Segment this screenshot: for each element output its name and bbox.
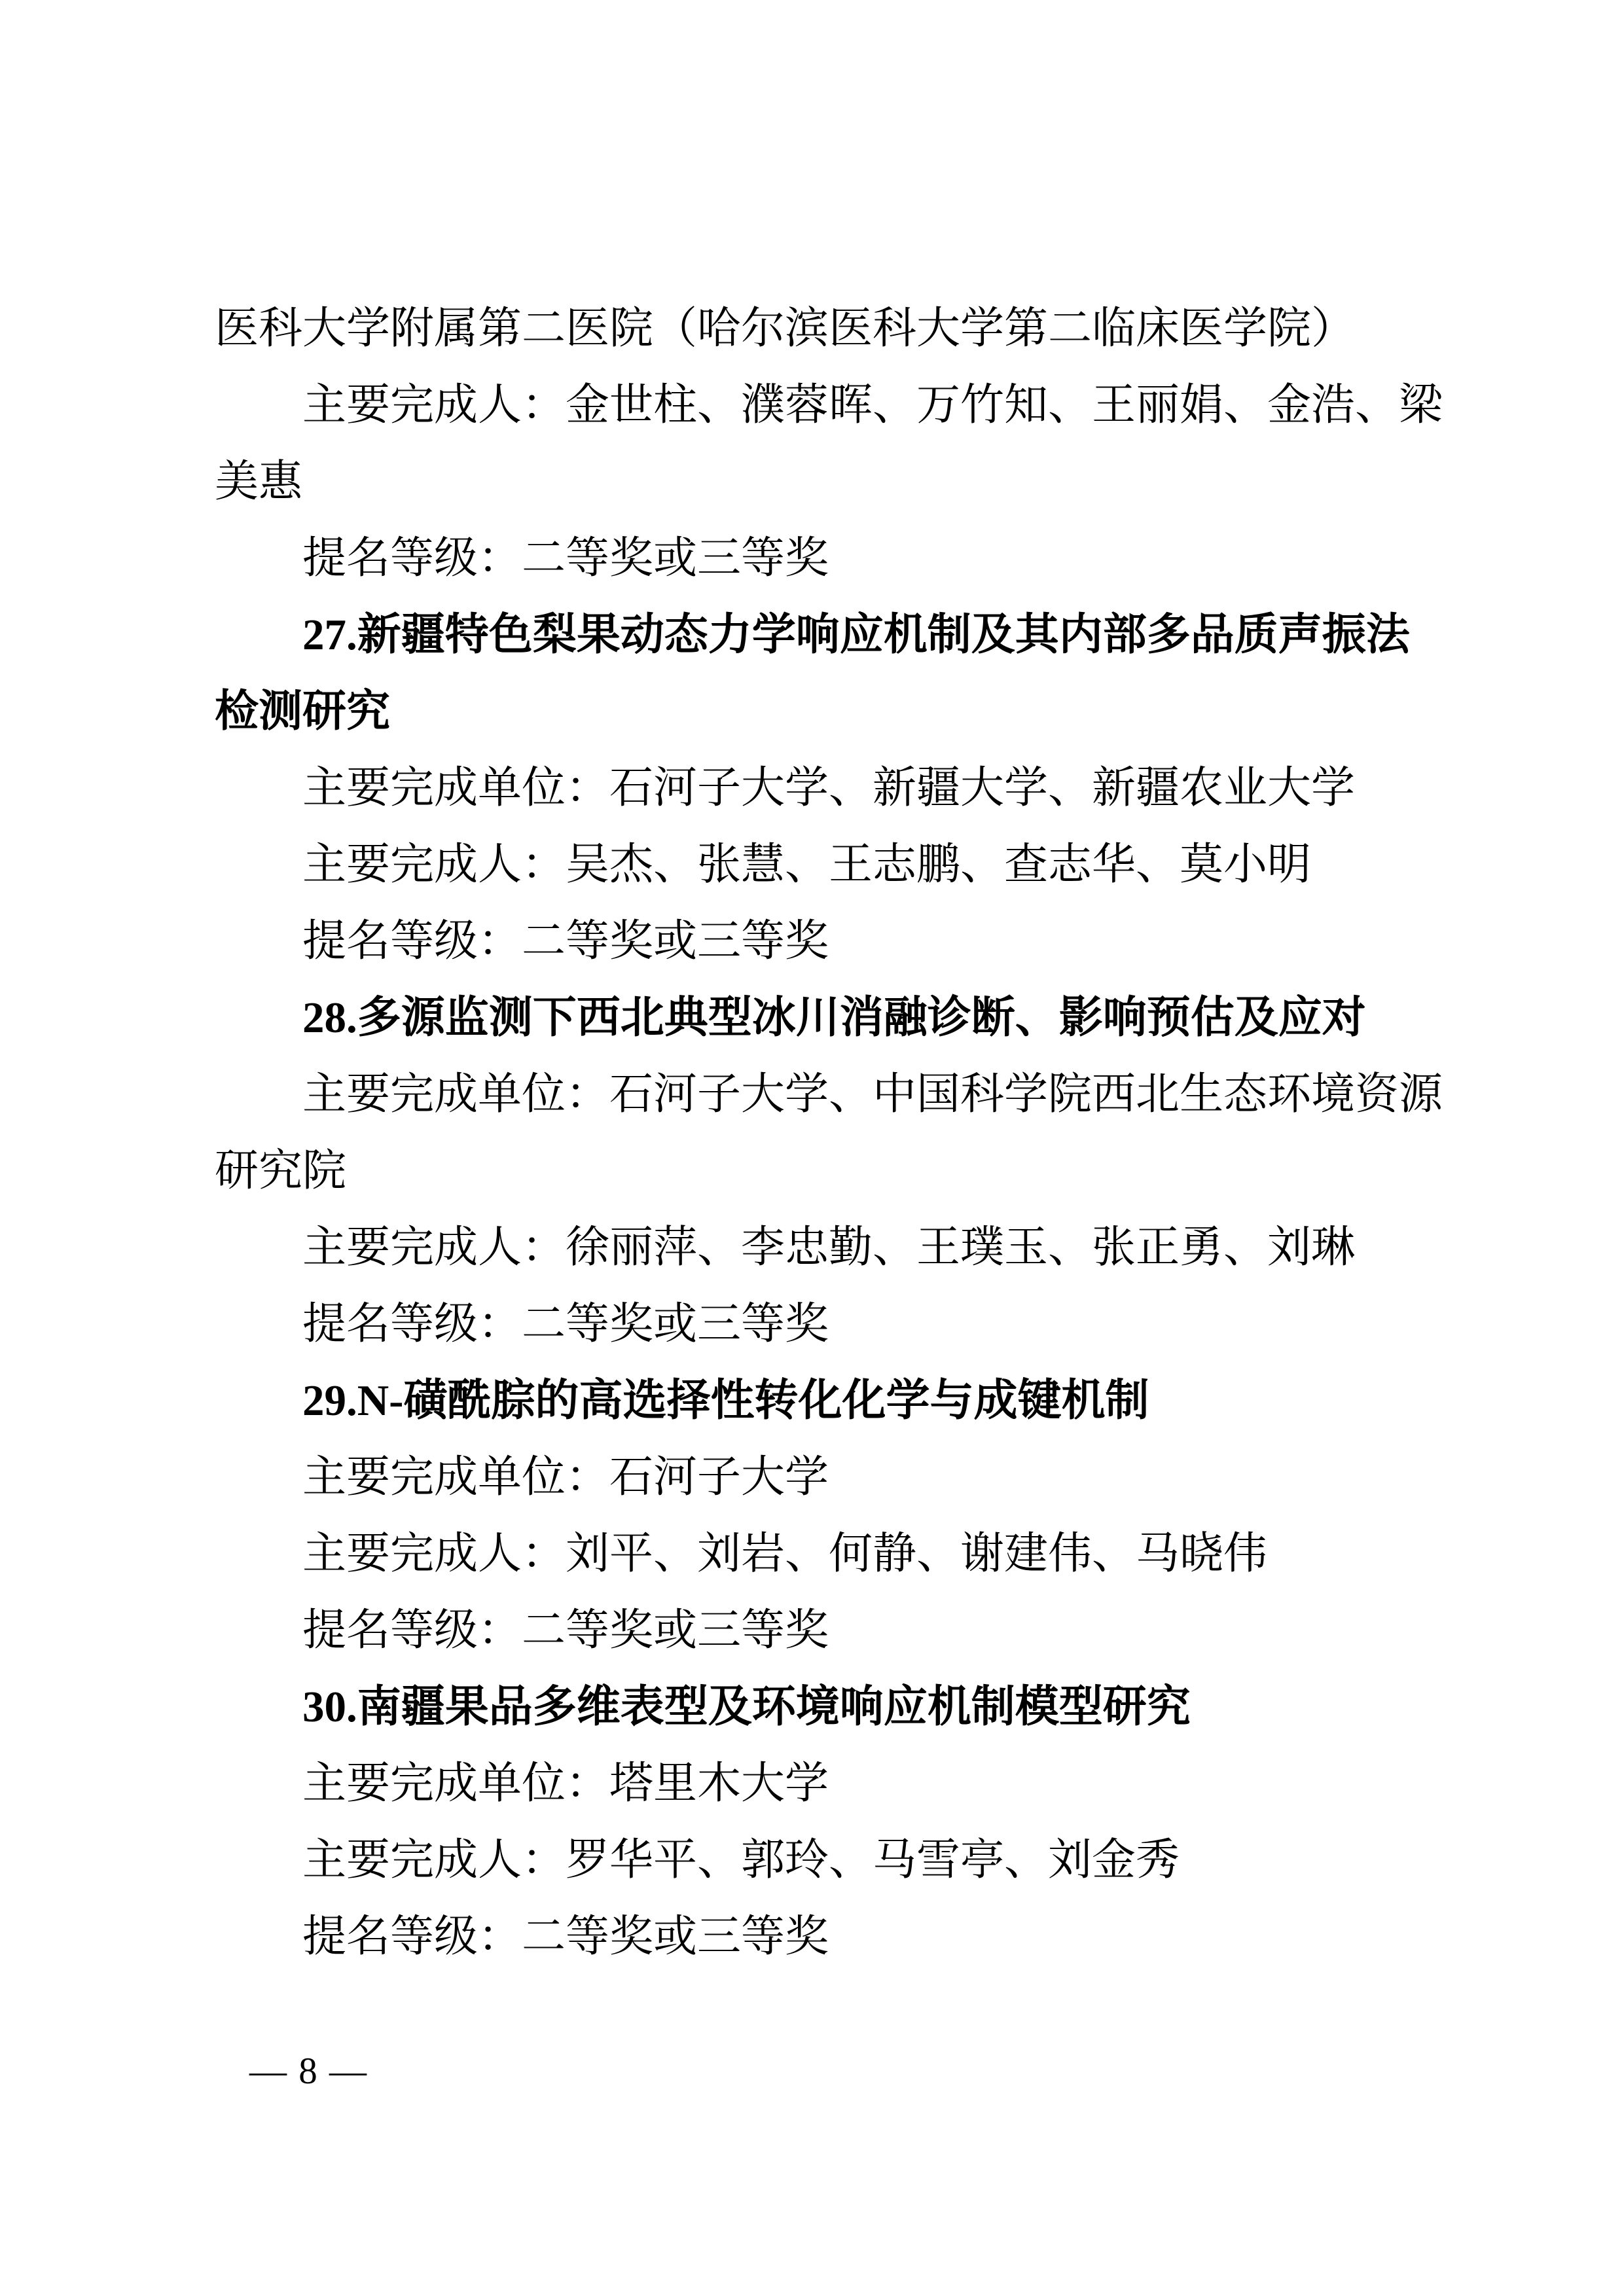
line-award-level-28: 提名等级：二等奖或三等奖 (215, 1286, 1437, 1363)
line-title-27-continuation: 检测研究 (215, 673, 1437, 750)
line-award-level-30: 提名等级：二等奖或三等奖 (215, 1899, 1437, 1975)
page-number: — 8 — (249, 2043, 368, 2100)
line-members-30: 主要完成人：罗华平、郭玲、马雪亭、刘金秀 (215, 1822, 1437, 1899)
line-title-28: 28.多源监测下西北典型冰川消融诊断、影响预估及应对 (215, 980, 1437, 1056)
line-award-level-29: 提名等级：二等奖或三等奖 (215, 1592, 1437, 1669)
line-title-27: 27.新疆特色梨果动态力学响应机制及其内部多品质声振法 (215, 597, 1437, 673)
line-members-27: 主要完成人：吴杰、张慧、王志鹏、查志华、莫小明 (215, 827, 1437, 903)
line-units-28-continuation: 研究院 (215, 1133, 1437, 1210)
line-units-29: 主要完成单位：石河子大学 (215, 1439, 1437, 1516)
line-title-30: 30.南疆果品多维表型及环境响应机制模型研究 (215, 1669, 1437, 1746)
line-members: 主要完成人：金世柱、濮蓉晖、万竹知、王丽娟、金浩、梁 (215, 367, 1437, 444)
line-members-29: 主要完成人：刘平、刘岩、何静、谢建伟、马晓伟 (215, 1516, 1437, 1592)
line-award-level: 提名等级：二等奖或三等奖 (215, 520, 1437, 597)
line-unit-continuation: 医科大学附属第二医院（哈尔滨医科大学第二临床医学院） (215, 291, 1437, 367)
line-title-29: 29.N-磺酰腙的高选择性转化化学与成键机制 (215, 1363, 1437, 1439)
document-page: 医科大学附属第二医院（哈尔滨医科大学第二临床医学院） 主要完成人：金世柱、濮蓉晖… (0, 0, 1624, 2296)
line-members-28: 主要完成人：徐丽萍、李忠勤、王璞玉、张正勇、刘琳 (215, 1210, 1437, 1286)
line-units-28: 主要完成单位：石河子大学、中国科学院西北生态环境资源 (215, 1056, 1437, 1133)
line-members-continuation: 美惠 (215, 444, 1437, 520)
line-units-30: 主要完成单位：塔里木大学 (215, 1746, 1437, 1822)
line-award-level-27: 提名等级：二等奖或三等奖 (215, 903, 1437, 980)
document-body: 医科大学附属第二医院（哈尔滨医科大学第二临床医学院） 主要完成人：金世柱、濮蓉晖… (215, 291, 1437, 1975)
line-units-27: 主要完成单位：石河子大学、新疆大学、新疆农业大学 (215, 750, 1437, 827)
